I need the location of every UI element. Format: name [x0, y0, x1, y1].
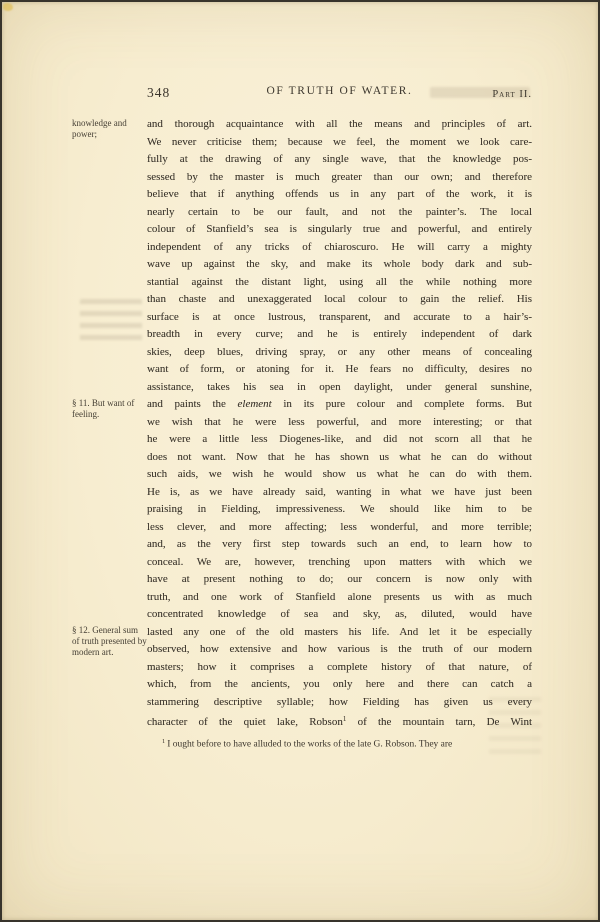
body-line-segment: sessed by the master is much greater tha…	[147, 171, 532, 183]
show-through-smudge	[80, 299, 142, 343]
body-line: such aids, we wish he would show us what…	[147, 466, 532, 484]
body-line: less clever, and more affecting; less wo…	[147, 519, 532, 537]
body-line: breadth in every curve; and he is entire…	[147, 326, 532, 344]
body-line: which, from the ancients, you only here …	[147, 676, 532, 694]
body-line-segment: lasted any one of the old masters his li…	[147, 626, 532, 638]
body-line-segment: He is, as we have already said, wanting …	[147, 486, 532, 498]
body-line-segment: and paints the	[147, 398, 238, 410]
page-header: 348 OF TRUTH OF WATER. Part II.	[147, 85, 532, 101]
body-line: lasted any one of the old masters his li…	[147, 624, 532, 642]
body-line-segment: wave up against the sky, and make its wh…	[147, 258, 532, 270]
corner-stain	[3, 3, 13, 11]
body-line: than chaste and unexaggerated local colo…	[147, 291, 532, 309]
body-line-segment: and thorough acquaintance with all the m…	[147, 118, 532, 130]
body-line-segment: than chaste and unexaggerated local colo…	[147, 293, 532, 305]
body-line: fully at the drawing of any single wave,…	[147, 151, 532, 169]
body-line-segment: which, from the ancients, you only here …	[147, 678, 532, 690]
body-line: conceal. We are, however, trenching upon…	[147, 554, 532, 572]
body-line-segment: surface is at once lustrous, transparent…	[147, 311, 532, 323]
body-line-segment: stammering descriptive syllable; how Fie…	[147, 696, 532, 708]
body-line: he were a little less Diogenes-like, and…	[147, 431, 532, 449]
body-line: nearly certain to be our fault, and not …	[147, 204, 532, 222]
body-line-segment: and, as the very first step towards such…	[147, 538, 532, 550]
body-line-segment: element	[238, 398, 272, 410]
body-line: He is, as we have already said, wanting …	[147, 484, 532, 502]
footnote-text: I ought before to have alluded to the wo…	[167, 740, 452, 750]
body-line: and thorough acquaintance with all the m…	[147, 116, 532, 134]
body-line-segment: skies, deep blues, driving spray, or any…	[147, 346, 532, 358]
body-line-segment: we wish that he were less powerful, and …	[147, 416, 532, 428]
body-line: assistance, takes his sea in open daylig…	[147, 379, 532, 397]
body-line: observed, how extensive and how various …	[147, 641, 532, 659]
body-line: want of form, or atoning for it. He fear…	[147, 361, 532, 379]
body-line-segment: We never criticise them; because we feel…	[147, 136, 532, 148]
body-line-segment: does not want. Now that he has shown us …	[147, 451, 532, 463]
body-line: skies, deep blues, driving spray, or any…	[147, 344, 532, 362]
body-line-segment: he were a little less Diogenes-like, and…	[147, 433, 532, 445]
body-line: stammering descriptive syllable; how Fie…	[147, 694, 532, 712]
running-title: OF TRUTH OF WATER.	[147, 85, 532, 97]
body-line-segment: of the mountain tarn, De Wint	[346, 716, 532, 728]
body-line-segment: assistance, takes his sea in open daylig…	[147, 381, 532, 393]
body-line: and, as the very first step towards such…	[147, 536, 532, 554]
body-line-segment: masters; how it comprises a complete his…	[147, 661, 532, 673]
body-line-segment: want of form, or atoning for it. He fear…	[147, 363, 532, 375]
body-line-segment: believe that if anything offends us in a…	[147, 188, 532, 200]
body-line: have at present nothing to do; our conce…	[147, 571, 532, 589]
body-line-segment: observed, how extensive and how various …	[147, 643, 532, 655]
body-line: does not want. Now that he has shown us …	[147, 449, 532, 467]
body-line-segment: independent of any tricks of chiaroscuro…	[147, 241, 532, 253]
body-line: independent of any tricks of chiaroscuro…	[147, 239, 532, 257]
body-line-segment: fully at the drawing of any single wave,…	[147, 153, 532, 165]
body-line-segment: have at present nothing to do; our conce…	[147, 573, 532, 585]
body-line-segment: praising in Fielding, impressiveness. We…	[147, 503, 532, 515]
body-line: character of the quiet lake, Robson1 of …	[147, 711, 532, 729]
body-line: wave up against the sky, and make its wh…	[147, 256, 532, 274]
body-line-segment: less clever, and more affecting; less wo…	[147, 521, 532, 533]
body-line: stantial against the distant light, usin…	[147, 274, 532, 292]
body-line: surface is at once lustrous, transparent…	[147, 309, 532, 327]
body-line-segment: conceal. We are, however, trenching upon…	[147, 556, 532, 568]
footnote-marker: 1	[162, 738, 165, 745]
margin-note-knowledge-and-power: knowledge and power;	[72, 118, 147, 140]
body-line-segment: stantial against the distant light, usin…	[147, 276, 532, 288]
body-line-segment: truth, and one work of Stanfield alone p…	[147, 591, 532, 603]
body-line-segment: breadth in every curve; and he is entire…	[147, 328, 532, 340]
body-line-segment: such aids, we wish he would show us what…	[147, 468, 532, 480]
margin-note-section-11: § 11. But want of feeling.	[72, 398, 147, 420]
body-line: colour of Stanfield’s sea is singularly …	[147, 221, 532, 239]
body-line: and paints the element in its pure colou…	[147, 396, 532, 414]
body-line: praising in Fielding, impressiveness. We…	[147, 501, 532, 519]
footnote: 1I ought before to have alluded to the w…	[147, 735, 532, 752]
body-line: sessed by the master is much greater tha…	[147, 169, 532, 187]
body-line: concentrated knowledge of sea and sky, a…	[147, 606, 532, 624]
body-line-segment: concentrated knowledge of sea and sky, a…	[147, 608, 532, 620]
body-line-segment: nearly certain to be our fault, and not …	[147, 206, 532, 218]
body-line-segment: character of the quiet lake, Robson	[147, 716, 343, 728]
body-line-segment: colour of Stanfield’s sea is singularly …	[147, 223, 532, 235]
body-line: believe that if anything offends us in a…	[147, 186, 532, 204]
body-line-segment: in its pure colour and complete forms. B…	[272, 398, 532, 410]
book-page-scan: 348 OF TRUTH OF WATER. Part II. knowledg…	[0, 0, 600, 922]
body-line: we wish that he were less powerful, and …	[147, 414, 532, 432]
body-line: masters; how it comprises a complete his…	[147, 659, 532, 677]
margin-note-section-12: § 12. General sum of truth presented by …	[72, 625, 147, 658]
body-line: truth, and one work of Stanfield alone p…	[147, 589, 532, 607]
body-line: We never criticise them; because we feel…	[147, 134, 532, 152]
body-text: and thorough acquaintance with all the m…	[147, 116, 532, 729]
